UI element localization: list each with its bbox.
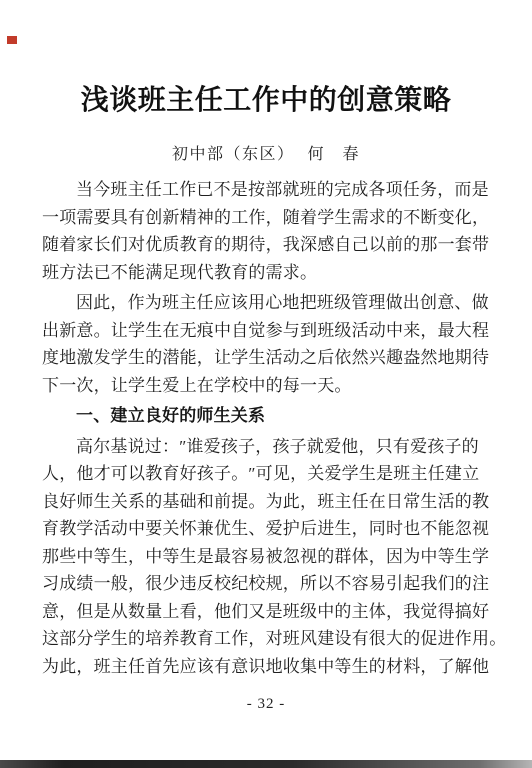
- text-line: 班方法已不能满足现代教育的需求。: [42, 259, 490, 287]
- section-heading: 一、建立良好的师生关系: [42, 402, 490, 430]
- text-line: 人，他才可以教育好孩子。″可见，关爱学生是班主任建立: [42, 460, 490, 488]
- text-line: 这部分学生的培养教育工作，对班风建设有很大的促进作用。: [42, 625, 490, 653]
- text-line: 习成绩一般，很少违反校纪校规，所以不容易引起我们的注: [42, 570, 490, 598]
- page-number: - 32 -: [0, 694, 532, 714]
- text-line: 随着家长们对优质教育的期待，我深感自己以前的那一套带: [42, 231, 490, 259]
- text-line: 良好师生关系的基础和前提。为此，班主任在日常生活的教: [42, 488, 490, 516]
- text-line: 当今班主任工作已不是按部就班的完成各项任务，而是: [42, 176, 490, 204]
- byline-author: 何 春: [308, 144, 361, 166]
- document-page: 浅谈班主任工作中的创意策略 初中部（东区） 何 春 当今班主任工作已不是按部就班…: [0, 0, 532, 768]
- red-stamp-artifact: [7, 36, 17, 44]
- text-line: 意，但是从数量上看，他们又是班级中的主体，我觉得搞好: [42, 598, 490, 626]
- byline: 初中部（东区） 何 春: [0, 144, 532, 166]
- text-line: 那些中等生，中等生是最容易被忽视的群体，因为中等生学: [42, 543, 490, 571]
- paragraph: 因此，作为班主任应该用心地把班级管理做出创意、做出新意。让学生在无痕中自觉参与到…: [42, 289, 490, 399]
- text-line: 育教学活动中要关怀兼优生、爱护后进生，同时也不能忽视: [42, 515, 490, 543]
- scan-shadow-artifact: [0, 760, 532, 768]
- document-title: 浅谈班主任工作中的创意策略: [0, 84, 532, 118]
- text-line: 出新意。让学生在无痕中自觉参与到班级活动中来，最大程: [42, 317, 490, 345]
- paragraph: 当今班主任工作已不是按部就班的完成各项任务，而是一项需要具有创新精神的工作，随着…: [42, 176, 490, 286]
- text-line: 下一次，让学生爱上在学校中的每一天。: [42, 372, 490, 400]
- section: 一、建立良好的师生关系: [42, 402, 490, 430]
- document-body: 当今班主任工作已不是按部就班的完成各项任务，而是一项需要具有创新精神的工作，随着…: [42, 176, 490, 680]
- byline-affiliation: 初中部（东区）: [172, 144, 295, 166]
- text-line: 高尔基说过：″谁爱孩子，孩子就爱他，只有爱孩子的: [42, 433, 490, 461]
- paragraph: 高尔基说过：″谁爱孩子，孩子就爱他，只有爱孩子的人，他才可以教育好孩子。″可见，…: [42, 433, 490, 681]
- text-line: 为此，班主任首先应该有意识地收集中等生的材料，了解他: [42, 653, 490, 681]
- text-line: 一项需要具有创新精神的工作，随着学生需求的不断变化，: [42, 204, 490, 232]
- text-line: 因此，作为班主任应该用心地把班级管理做出创意、做: [42, 289, 490, 317]
- text-line: 度地激发学生的潜能，让学生活动之后依然兴趣盎然地期待: [42, 344, 490, 372]
